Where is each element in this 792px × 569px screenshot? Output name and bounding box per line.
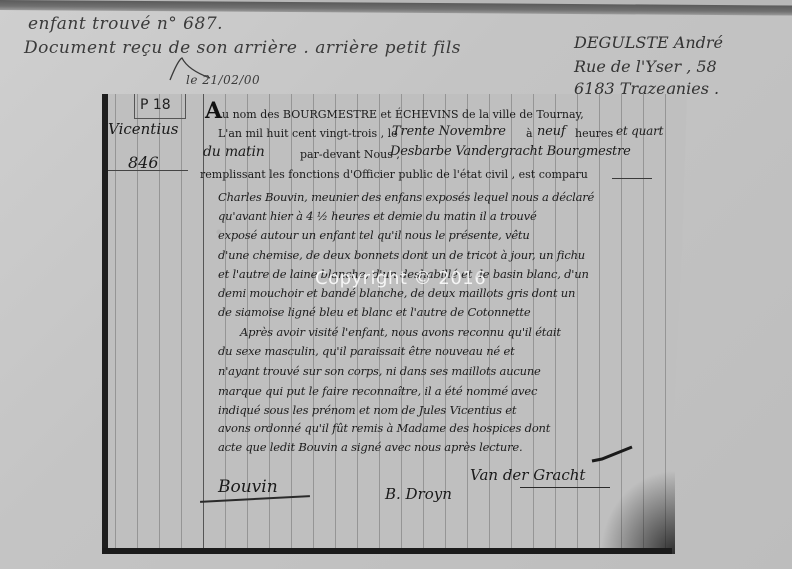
signature-vandergracht-underline <box>520 487 610 488</box>
closing-flourish-icon <box>590 445 634 465</box>
body-line-2: qu'avant hier à 4 ½ heures et demie du m… <box>218 209 537 223</box>
margin-surname: Vicentius <box>108 120 179 138</box>
body-line-12: indiqué sous les prénom et nom de Jules … <box>218 403 516 417</box>
header-line-1: u nom des BOURGMESTRE et ÉCHEVINS de la … <box>222 108 584 121</box>
signature-bouvin: Bouvin <box>218 477 278 497</box>
body-line-14: acte que ledit Bouvin a signé avec nous … <box>218 440 522 454</box>
header-date-handwritten: Trente Novembre <box>392 124 506 139</box>
annotation-date: le 21/02/00 <box>186 73 260 87</box>
scan-shadow <box>600 470 675 554</box>
body-line-8: Après avoir visité l'enfant, nous avons … <box>240 325 561 339</box>
body-line-9: du sexe masculin, qu'il paraissait être … <box>218 344 515 358</box>
annotation-document-received: Document reçu de son arrière . arrière p… <box>24 38 461 58</box>
header-line-2-a: à <box>526 127 533 140</box>
address-street: Rue de l'Yser , 58 <box>574 57 717 76</box>
body-line-7: de siamoise ligné bleu et blanc et l'aut… <box>218 305 530 319</box>
body-line-1: Charles Bouvin, meunier des enfans expos… <box>218 190 594 204</box>
body-line-10: n'ayant trouvé sur son corps, ni dans se… <box>218 364 541 378</box>
annotation-foundling-number: enfant trouvé n° 687. <box>28 14 223 34</box>
body-line-3: exposé autour un enfant tel qu'il nous l… <box>218 228 530 242</box>
header-morning-handwritten: du matin <box>203 144 265 160</box>
header-hour-handwritten: neuf <box>537 124 565 139</box>
address-name: DEGULSTE André <box>574 33 723 52</box>
signature-droyn: B. Droyn <box>385 485 452 503</box>
page-reference: P 18 <box>140 97 171 113</box>
header-line-2-printed: L'an mil huit cent vingt-trois , le <box>218 127 398 140</box>
header-rule <box>612 178 652 179</box>
header-quarter-handwritten: et quart <box>616 124 663 138</box>
header-officer-handwritten: Desbarbe Vandergracht Bourgmestre <box>390 144 631 159</box>
body-line-11: marque qui put le faire reconnaître, il … <box>218 384 537 398</box>
header-line-4-printed: remplissant les fonctions d'Officier pub… <box>200 168 588 181</box>
margin-divider <box>108 170 188 171</box>
record-bottom-edge <box>102 548 672 554</box>
drop-cap: A <box>205 98 222 124</box>
body-line-13: avons ordonné qu'il fût remis à Madame d… <box>218 421 550 435</box>
signature-vandergracht: Van der Gracht <box>470 466 585 484</box>
copyright-watermark: Copyright © 2016 <box>315 268 486 289</box>
header-line-2-heures: heures <box>575 127 613 140</box>
body-line-4: d'une chemise, de deux bonnets dont un d… <box>218 248 585 262</box>
header-line-3-printed: par-devant Nous , <box>300 148 400 161</box>
